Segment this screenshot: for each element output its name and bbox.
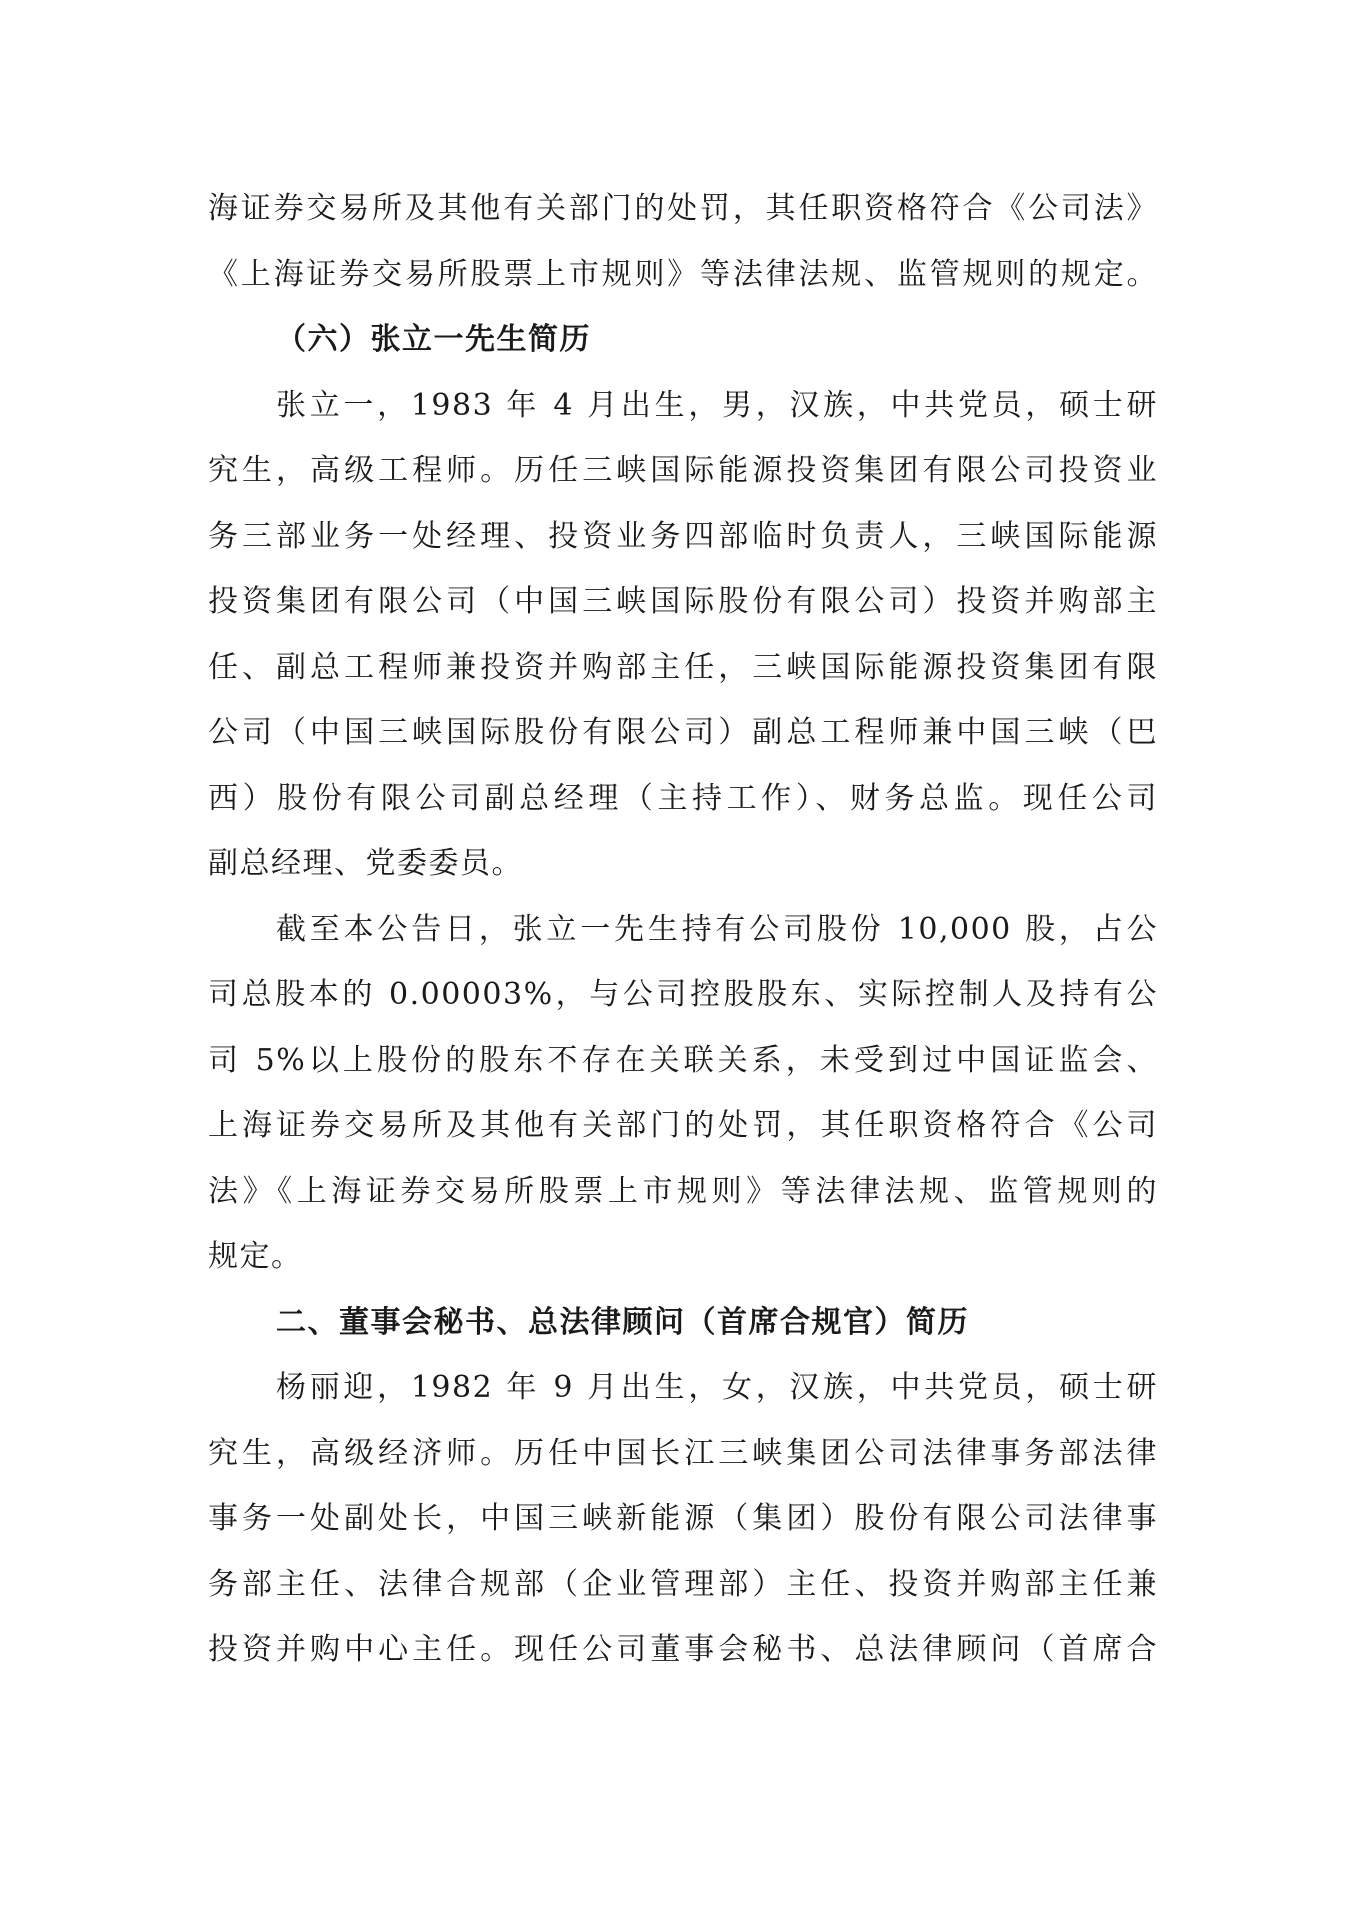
continuation-paragraph: 海证券交易所及其他有关部门的处罚，其任职资格符合《公司法》 《上海证券交易所股票… [208,176,1158,307]
text-line: 海证券交易所及其他有关部门的处罚，其任职资格符合《公司法》 [208,176,1158,242]
yang-liying-bio-paragraph: 杨丽迎，1982 年 9 月出生，女，汉族，中共党员，硕士研 究生，高级经济师。… [208,1355,1158,1683]
text-line: 任、副总工程师兼投资并购部主任，三峡国际能源投资集团有限 [208,635,1158,701]
text-line: 事务一处副处长，中国三峡新能源（集团）股份有限公司法律事 [208,1486,1158,1552]
text-line: 务部主任、法律合规部（企业管理部）主任、投资并购部主任兼 [208,1552,1158,1618]
text-line: 截至本公告日，张立一先生持有公司股份 10,000 股，占公 [208,897,1158,963]
text-line: 《上海证券交易所股票上市规则》等法律法规、监管规则的规定。 [208,242,1158,308]
text-line: 规定。 [208,1224,1158,1290]
text-line: 务三部业务一处经理、投资业务四部临时负责人，三峡国际能源 [208,504,1158,570]
text-line: 副总经理、党委委员。 [208,831,1158,897]
zhang-liyi-bio-paragraph: 张立一，1983 年 4 月出生，男，汉族，中共党员，硕士研 究生，高级工程师。… [208,373,1158,897]
text-line: 投资并购中心主任。现任公司董事会秘书、总法律顾问（首席合 [208,1617,1158,1683]
text-line: 杨丽迎，1982 年 9 月出生，女，汉族，中共党员，硕士研 [208,1355,1158,1421]
section-heading-zhang-liyi: （六）张立一先生简历 [208,307,1158,373]
document-page: 海证券交易所及其他有关部门的处罚，其任职资格符合《公司法》 《上海证券交易所股票… [208,176,1158,1683]
text-line: 投资集团有限公司（中国三峡国际股份有限公司）投资并购部主 [208,569,1158,635]
text-line: 司 5%以上股份的股东不存在关联关系，未受到过中国证监会、 [208,1028,1158,1094]
text-line: 究生，高级经济师。历任中国长江三峡集团公司法律事务部法律 [208,1421,1158,1487]
text-line: 西）股份有限公司副总经理（主持工作）、财务总监。现任公司 [208,766,1158,832]
text-line: 究生，高级工程师。历任三峡国际能源投资集团有限公司投资业 [208,438,1158,504]
text-line: 张立一，1983 年 4 月出生，男，汉族，中共党员，硕士研 [208,373,1158,439]
text-line: 司总股本的 0.00003%，与公司控股股东、实际控制人及持有公 [208,962,1158,1028]
text-line: 公司（中国三峡国际股份有限公司）副总工程师兼中国三峡（巴 [208,700,1158,766]
text-line: 法》《上海证券交易所股票上市规则》等法律法规、监管规则的 [208,1159,1158,1225]
text-line: 上海证券交易所及其他有关部门的处罚，其任职资格符合《公司 [208,1093,1158,1159]
section-heading-board-secretary: 二、董事会秘书、总法律顾问（首席合规官）简历 [208,1290,1158,1356]
zhang-liyi-shareholding-paragraph: 截至本公告日，张立一先生持有公司股份 10,000 股，占公 司总股本的 0.0… [208,897,1158,1290]
